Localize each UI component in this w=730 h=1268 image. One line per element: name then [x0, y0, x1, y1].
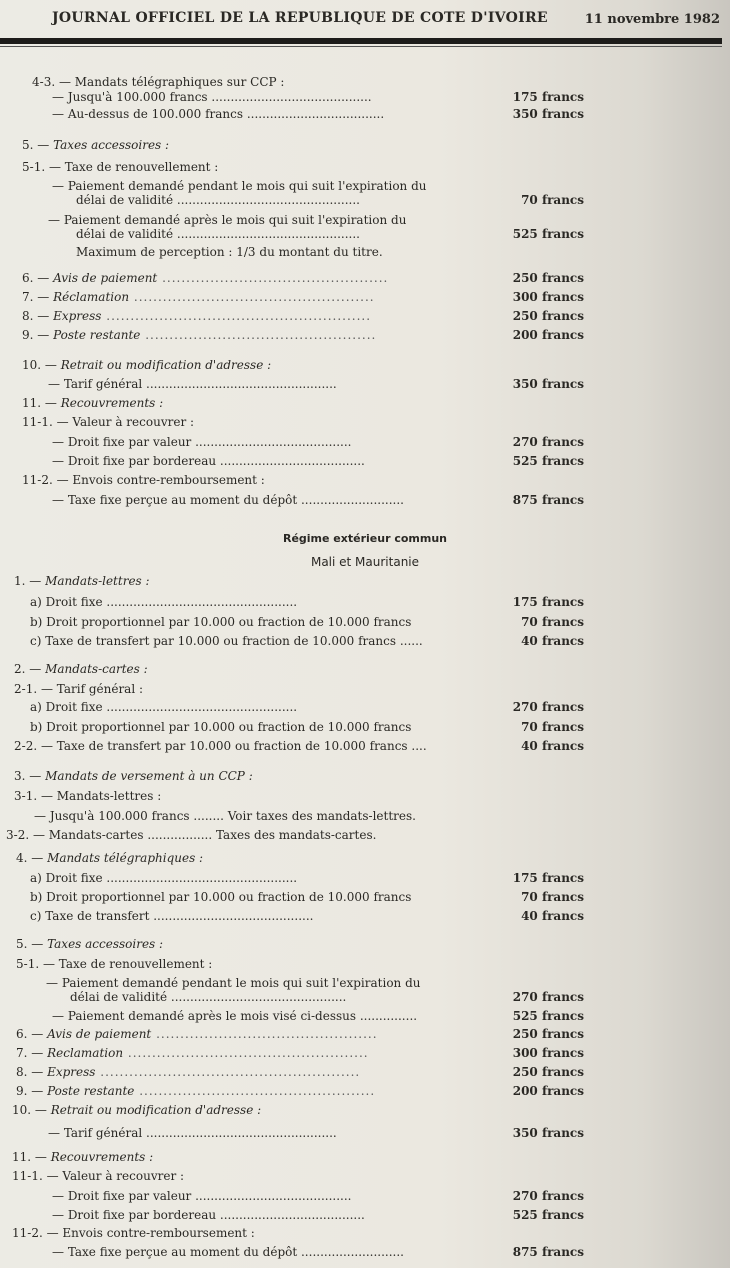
tariff-label: — Jusqu'à 100.000 francs ........ Voir t… — [34, 809, 416, 823]
tariff-label: 6. — — [22, 271, 53, 285]
tariff-line: 3-2. — Mandats-cartes ................. … — [6, 828, 376, 842]
tariff-line: 5-1. — Taxe de renouvellement : — [22, 160, 218, 174]
tariff-line: 10. — Retrait ou modification d'adresse … — [12, 1103, 261, 1117]
tariff-label: — Taxe fixe perçue au moment du dépôt ..… — [52, 493, 404, 507]
tariff-heading: Recouvrements : — [51, 1150, 153, 1164]
tariff-amount: 875 francs — [513, 493, 584, 507]
tariff-label: — Au-dessus de 100.000 francs ..........… — [52, 107, 384, 121]
tariff-heading: Réclamation — [53, 290, 129, 304]
tariff-label: — Paiement demandé pendant le mois qui s… — [46, 976, 421, 990]
tariff-line: 3. — Mandats de versement à un CCP : — [14, 769, 253, 783]
tariff-amount: 525 francs — [513, 1208, 584, 1222]
tariff-label: 8. — — [22, 309, 53, 323]
tariff-line: a) Droit fixe ..........................… — [30, 595, 297, 609]
tariff-amount: 350 francs — [513, 107, 584, 121]
tariff-line: 5. — Taxes accessoires : — [16, 937, 163, 951]
tariff-line: 5-1. — Taxe de renouvellement : — [16, 957, 212, 971]
tariff-label: — Paiement demandé pendant le mois qui s… — [52, 179, 427, 193]
tariff-label: 5-1. — Taxe de renouvellement : — [16, 957, 212, 971]
tariff-heading: Mandats-cartes : — [45, 662, 148, 676]
tariff-label: — Droit fixe par bordereau .............… — [52, 1208, 365, 1222]
tariff-label: — Tarif général ........................… — [48, 1126, 337, 1140]
tariff-line: — Paiement demandé pendant le mois qui s… — [46, 976, 421, 990]
tariff-line: 11. — Recouvrements : — [22, 396, 163, 410]
tariff-line: 10. — Retrait ou modification d'adresse … — [22, 358, 271, 372]
tariff-amount: 525 francs — [513, 454, 584, 468]
tariff-heading: Retrait ou modification d'adresse : — [61, 358, 271, 372]
tariff-line: — Droit fixe par bordereau .............… — [52, 454, 365, 468]
section-heading-countries: Mali et Mauritanie — [0, 555, 730, 569]
tariff-label: 11. — — [12, 1150, 51, 1164]
tariff-amount: 70 francs — [521, 720, 584, 734]
tariff-line: — Jusqu'à 100.000 francs ...............… — [52, 90, 372, 104]
tariff-line: 11-2. — Envois contre-remboursement : — [22, 473, 265, 487]
leader-dots: ........................................… — [123, 1046, 369, 1060]
tariff-label: — Droit fixe par valeur ................… — [52, 1189, 352, 1203]
tariff-line: 4. — Mandats télégraphiques : — [16, 851, 203, 865]
publication-date: 11 novembre 1982 — [585, 12, 720, 27]
tariff-amount: 300 francs — [513, 1046, 584, 1060]
tariff-line: — Tarif général ........................… — [48, 377, 337, 391]
tariff-label: 8. — — [16, 1065, 47, 1079]
tariff-line: 2. — Mandats-cartes : — [14, 662, 148, 676]
tariff-line: 3-1. — Mandats-lettres : — [14, 789, 161, 803]
tariff-label: a) Droit fixe ..........................… — [30, 700, 297, 714]
tariff-label: 2. — — [14, 662, 45, 676]
tariff-line: Maximum de perception : 1/3 du montant d… — [76, 245, 383, 259]
tariff-line: — Droit fixe par bordereau .............… — [52, 1208, 365, 1222]
tariff-label: 2-2. — Taxe de transfert par 10.000 ou f… — [14, 739, 427, 753]
tariff-amount: 175 francs — [513, 595, 584, 609]
tariff-amount: 175 francs — [513, 90, 584, 104]
tariff-label: 1. — — [14, 574, 45, 588]
tariff-line: — Droit fixe par valeur ................… — [52, 435, 352, 449]
tariff-label: 7. — — [22, 290, 53, 304]
tariff-label: 5. — — [16, 937, 47, 951]
tariff-label: 10. — — [22, 358, 61, 372]
tariff-line: 9. — Poste restante ....................… — [16, 1084, 375, 1098]
tariff-label: b) Droit proportionnel par 10.000 ou fra… — [30, 890, 411, 904]
tariff-heading: Reclamation — [47, 1046, 123, 1060]
page-header: JOURNAL OFFICIEL DE LA REPUBLIQUE DE COT… — [0, 0, 730, 46]
document-page: JOURNAL OFFICIEL DE LA REPUBLIQUE DE COT… — [0, 0, 730, 1268]
tariff-label: — Paiement demandé après le mois qui sui… — [48, 213, 406, 227]
leader-dots: ........................................… — [140, 328, 376, 342]
tariff-amount: 40 francs — [521, 634, 584, 648]
tariff-label: 11-1. — Valeur à recouvrer : — [22, 415, 194, 429]
tariff-line: — Taxe fixe perçue au moment du dépôt ..… — [52, 1245, 404, 1259]
tariff-heading: Taxes accessoires : — [53, 138, 169, 152]
tariff-line: b) Droit proportionnel par 10.000 ou fra… — [30, 890, 411, 904]
tariff-heading: Recouvrements : — [61, 396, 163, 410]
tariff-label: 11. — — [22, 396, 61, 410]
tariff-line: 8. — Express ...........................… — [16, 1065, 360, 1079]
tariff-amount: 250 francs — [513, 271, 584, 285]
tariff-line: 2-2. — Taxe de transfert par 10.000 ou f… — [14, 739, 427, 753]
leader-dots: ........................................… — [151, 1027, 377, 1041]
leader-dots: ........................................… — [95, 1065, 360, 1079]
tariff-line: 11-1. — Valeur à recouvrer : — [22, 415, 194, 429]
tariff-amount: 270 francs — [513, 700, 584, 714]
tariff-line: b) Droit proportionnel par 10.000 ou fra… — [30, 720, 411, 734]
header-rule — [0, 38, 722, 44]
tariff-amount: 270 francs — [513, 435, 584, 449]
tariff-heading: Express — [53, 309, 101, 323]
tariff-line: — Jusqu'à 100.000 francs ........ Voir t… — [34, 809, 416, 823]
tariff-heading: Mandats de versement à un CCP : — [45, 769, 253, 783]
tariff-label: 3-1. — Mandats-lettres : — [14, 789, 161, 803]
tariff-line: délai de validité ......................… — [70, 990, 346, 1004]
tariff-amount: 70 francs — [521, 890, 584, 904]
tariff-label: 9. — — [16, 1084, 47, 1098]
tariff-label: 11-1. — Valeur à recouvrer : — [12, 1169, 184, 1183]
tariff-amount: 40 francs — [521, 909, 584, 923]
tariff-line: — Paiement demandé pendant le mois qui s… — [52, 179, 427, 193]
tariff-heading: Mandats télégraphiques : — [47, 851, 203, 865]
tariff-amount: 200 francs — [513, 328, 584, 342]
tariff-amount: 525 francs — [513, 227, 584, 241]
tariff-label: a) Droit fixe ..........................… — [30, 871, 297, 885]
tariff-line: délai de validité ......................… — [76, 193, 360, 207]
header-rule-thin — [0, 46, 722, 47]
tariff-line: 7. — Reclamation .......................… — [16, 1046, 369, 1060]
tariff-amount: 875 francs — [513, 1245, 584, 1259]
tariff-label: — Droit fixe par valeur ................… — [52, 435, 352, 449]
tariff-line: — Taxe fixe perçue au moment du dépôt ..… — [52, 493, 404, 507]
tariff-line: 11. — Recouvrements : — [12, 1150, 153, 1164]
journal-title: JOURNAL OFFICIEL DE LA REPUBLIQUE DE COT… — [52, 10, 548, 26]
tariff-amount: 525 francs — [513, 1009, 584, 1023]
tariff-line: 9. — Poste restante ....................… — [22, 328, 376, 342]
tariff-label: — Taxe fixe perçue au moment du dépôt ..… — [52, 1245, 404, 1259]
tariff-amount: 250 francs — [513, 309, 584, 323]
tariff-amount: 270 francs — [513, 1189, 584, 1203]
leader-dots: ........................................… — [134, 1084, 375, 1098]
tariff-line: 11-2. — Envois contre-remboursement : — [12, 1226, 255, 1240]
tariff-label: b) Droit proportionnel par 10.000 ou fra… — [30, 615, 411, 629]
tariff-label: 6. — — [16, 1027, 47, 1041]
tariff-label: — Droit fixe par bordereau .............… — [52, 454, 365, 468]
tariff-line: 4-3. — Mandats télégraphiques sur CCP : — [32, 75, 284, 89]
leader-dots: ........................................… — [101, 309, 371, 323]
tariff-line: a) Droit fixe ..........................… — [30, 700, 297, 714]
tariff-heading: Avis de paiement — [53, 271, 157, 285]
tariff-amount: 175 francs — [513, 871, 584, 885]
tariff-line: — Paiement demandé après le mois visé ci… — [52, 1009, 417, 1023]
tariff-line: — Au-dessus de 100.000 francs ..........… — [52, 107, 384, 121]
tariff-label: 11-2. — Envois contre-remboursement : — [12, 1226, 255, 1240]
tariff-label: 7. — — [16, 1046, 47, 1060]
tariff-line: 8. — Express ...........................… — [22, 309, 371, 323]
tariff-amount: 300 francs — [513, 290, 584, 304]
tariff-amount: 70 francs — [521, 615, 584, 629]
tariff-amount: 350 francs — [513, 377, 584, 391]
tariff-line: 5. — Taxes accessoires : — [22, 138, 169, 152]
leader-dots: ........................................… — [157, 271, 388, 285]
leader-dots: ........................................… — [129, 290, 375, 304]
tariff-label: 2-1. — Tarif général : — [14, 682, 143, 696]
tariff-amount: 70 francs — [521, 193, 584, 207]
tariff-label: 4. — — [16, 851, 47, 865]
tariff-heading: Retrait ou modification d'adresse : — [51, 1103, 261, 1117]
tariff-label: 3-2. — Mandats-cartes ................. … — [6, 828, 376, 842]
tariff-heading: Express — [47, 1065, 95, 1079]
tariff-line: a) Droit fixe ..........................… — [30, 871, 297, 885]
tariff-line: délai de validité ......................… — [76, 227, 360, 241]
tariff-line: — Paiement demandé après le mois qui sui… — [48, 213, 406, 227]
tariff-label: — Paiement demandé après le mois visé ci… — [52, 1009, 417, 1023]
tariff-label: a) Droit fixe ..........................… — [30, 595, 297, 609]
tariff-heading: Avis de paiement — [47, 1027, 151, 1041]
tariff-heading: Taxes accessoires : — [47, 937, 163, 951]
tariff-line: 7. — Réclamation .......................… — [22, 290, 375, 304]
tariff-label: c) Taxe de transfert ...................… — [30, 909, 313, 923]
tariff-label: — Tarif général ........................… — [48, 377, 337, 391]
tariff-amount: 250 francs — [513, 1065, 584, 1079]
tariff-label: — Jusqu'à 100.000 francs ...............… — [52, 90, 372, 104]
tariff-line: c) Taxe de transfert par 10.000 ou fract… — [30, 634, 423, 648]
tariff-label: Maximum de perception : 1/3 du montant d… — [76, 245, 383, 259]
tariff-label: délai de validité ......................… — [76, 227, 360, 241]
tariff-line: — Droit fixe par valeur ................… — [52, 1189, 352, 1203]
tariff-label: 5. — — [22, 138, 53, 152]
tariff-heading: Poste restante — [47, 1084, 134, 1098]
tariff-line: — Tarif général ........................… — [48, 1126, 337, 1140]
tariff-label: 9. — — [22, 328, 53, 342]
tariff-label: 11-2. — Envois contre-remboursement : — [22, 473, 265, 487]
tariff-line: 11-1. — Valeur à recouvrer : — [12, 1169, 184, 1183]
tariff-label: 10. — — [12, 1103, 51, 1117]
tariff-heading: Poste restante — [53, 328, 140, 342]
tariff-amount: 350 francs — [513, 1126, 584, 1140]
tariff-label: b) Droit proportionnel par 10.000 ou fra… — [30, 720, 411, 734]
tariff-line: 2-1. — Tarif général : — [14, 682, 143, 696]
tariff-line: 1. — Mandats-lettres : — [14, 574, 150, 588]
tariff-line: 6. — Avis de paiement ..................… — [22, 271, 388, 285]
tariff-amount: 40 francs — [521, 739, 584, 753]
tariff-amount: 200 francs — [513, 1084, 584, 1098]
tariff-label: c) Taxe de transfert par 10.000 ou fract… — [30, 634, 423, 648]
tariff-label: 4-3. — Mandats télégraphiques sur CCP : — [32, 75, 284, 89]
tariff-line: 6. — Avis de paiement ..................… — [16, 1027, 378, 1041]
tariff-label: délai de validité ......................… — [76, 193, 360, 207]
tariff-label: délai de validité ......................… — [70, 990, 346, 1004]
tariff-heading: Mandats-lettres : — [45, 574, 149, 588]
tariff-label: 3. — — [14, 769, 45, 783]
tariff-amount: 250 francs — [513, 1027, 584, 1041]
tariff-amount: 270 francs — [513, 990, 584, 1004]
tariff-line: b) Droit proportionnel par 10.000 ou fra… — [30, 615, 411, 629]
tariff-line: c) Taxe de transfert ...................… — [30, 909, 313, 923]
tariff-label: 5-1. — Taxe de renouvellement : — [22, 160, 218, 174]
section-heading-regime: Régime extérieur commun — [0, 532, 730, 545]
